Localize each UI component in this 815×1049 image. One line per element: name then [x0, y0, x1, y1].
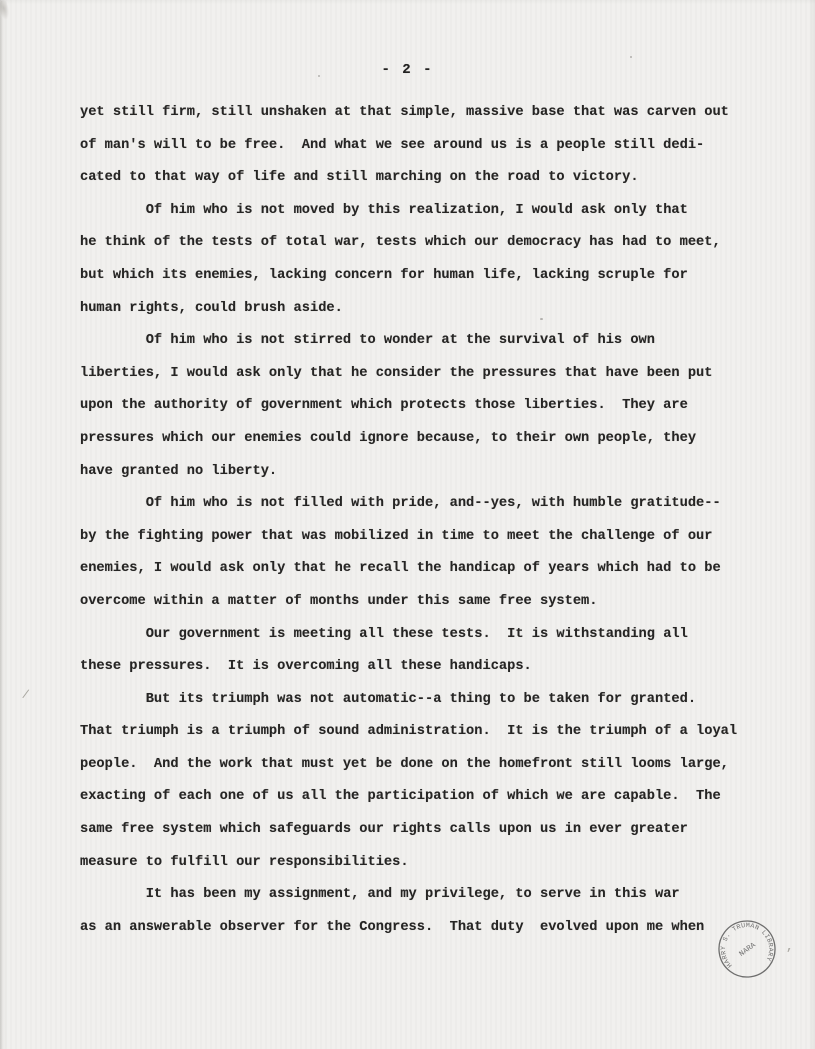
paper-speck [540, 318, 543, 320]
document-page: - 2 - yet still firm, still unshaken at … [0, 0, 815, 1049]
truman-library-stamp-icon: HARRY S. TRUMAN LIBRARY NARA [714, 916, 780, 982]
ink-smudge-mark [0, 0, 11, 21]
paper-speck [96, 174, 98, 176]
paragraph: It has been my assignment, and my privil… [80, 879, 775, 944]
stray-comma-mark: , [786, 940, 793, 954]
paragraph: But its triumph was not automatic--a thi… [80, 684, 775, 880]
paragraph: Of him who is not stirred to wonder at t… [80, 325, 775, 488]
page-number: - 2 - [0, 62, 815, 78]
paragraph: Of him who is not filled with pride, and… [80, 488, 775, 618]
paragraph: yet still firm, still unshaken at that s… [80, 97, 775, 195]
paper-speck [630, 56, 632, 58]
document-text: yet still firm, still unshaken at that s… [80, 97, 775, 944]
paragraph: Of him who is not moved by this realizat… [80, 195, 775, 325]
pencil-slash-mark: / [21, 688, 30, 703]
svg-text:HARRY S. TRUMAN LIBRARY: HARRY S. TRUMAN LIBRARY [716, 919, 776, 970]
stamp-ring-text: HARRY S. TRUMAN LIBRARY [716, 919, 776, 970]
stamp-center-text: NARA [738, 941, 758, 958]
paper-speck [318, 75, 320, 77]
paragraph: Our government is meeting all these test… [80, 619, 775, 684]
